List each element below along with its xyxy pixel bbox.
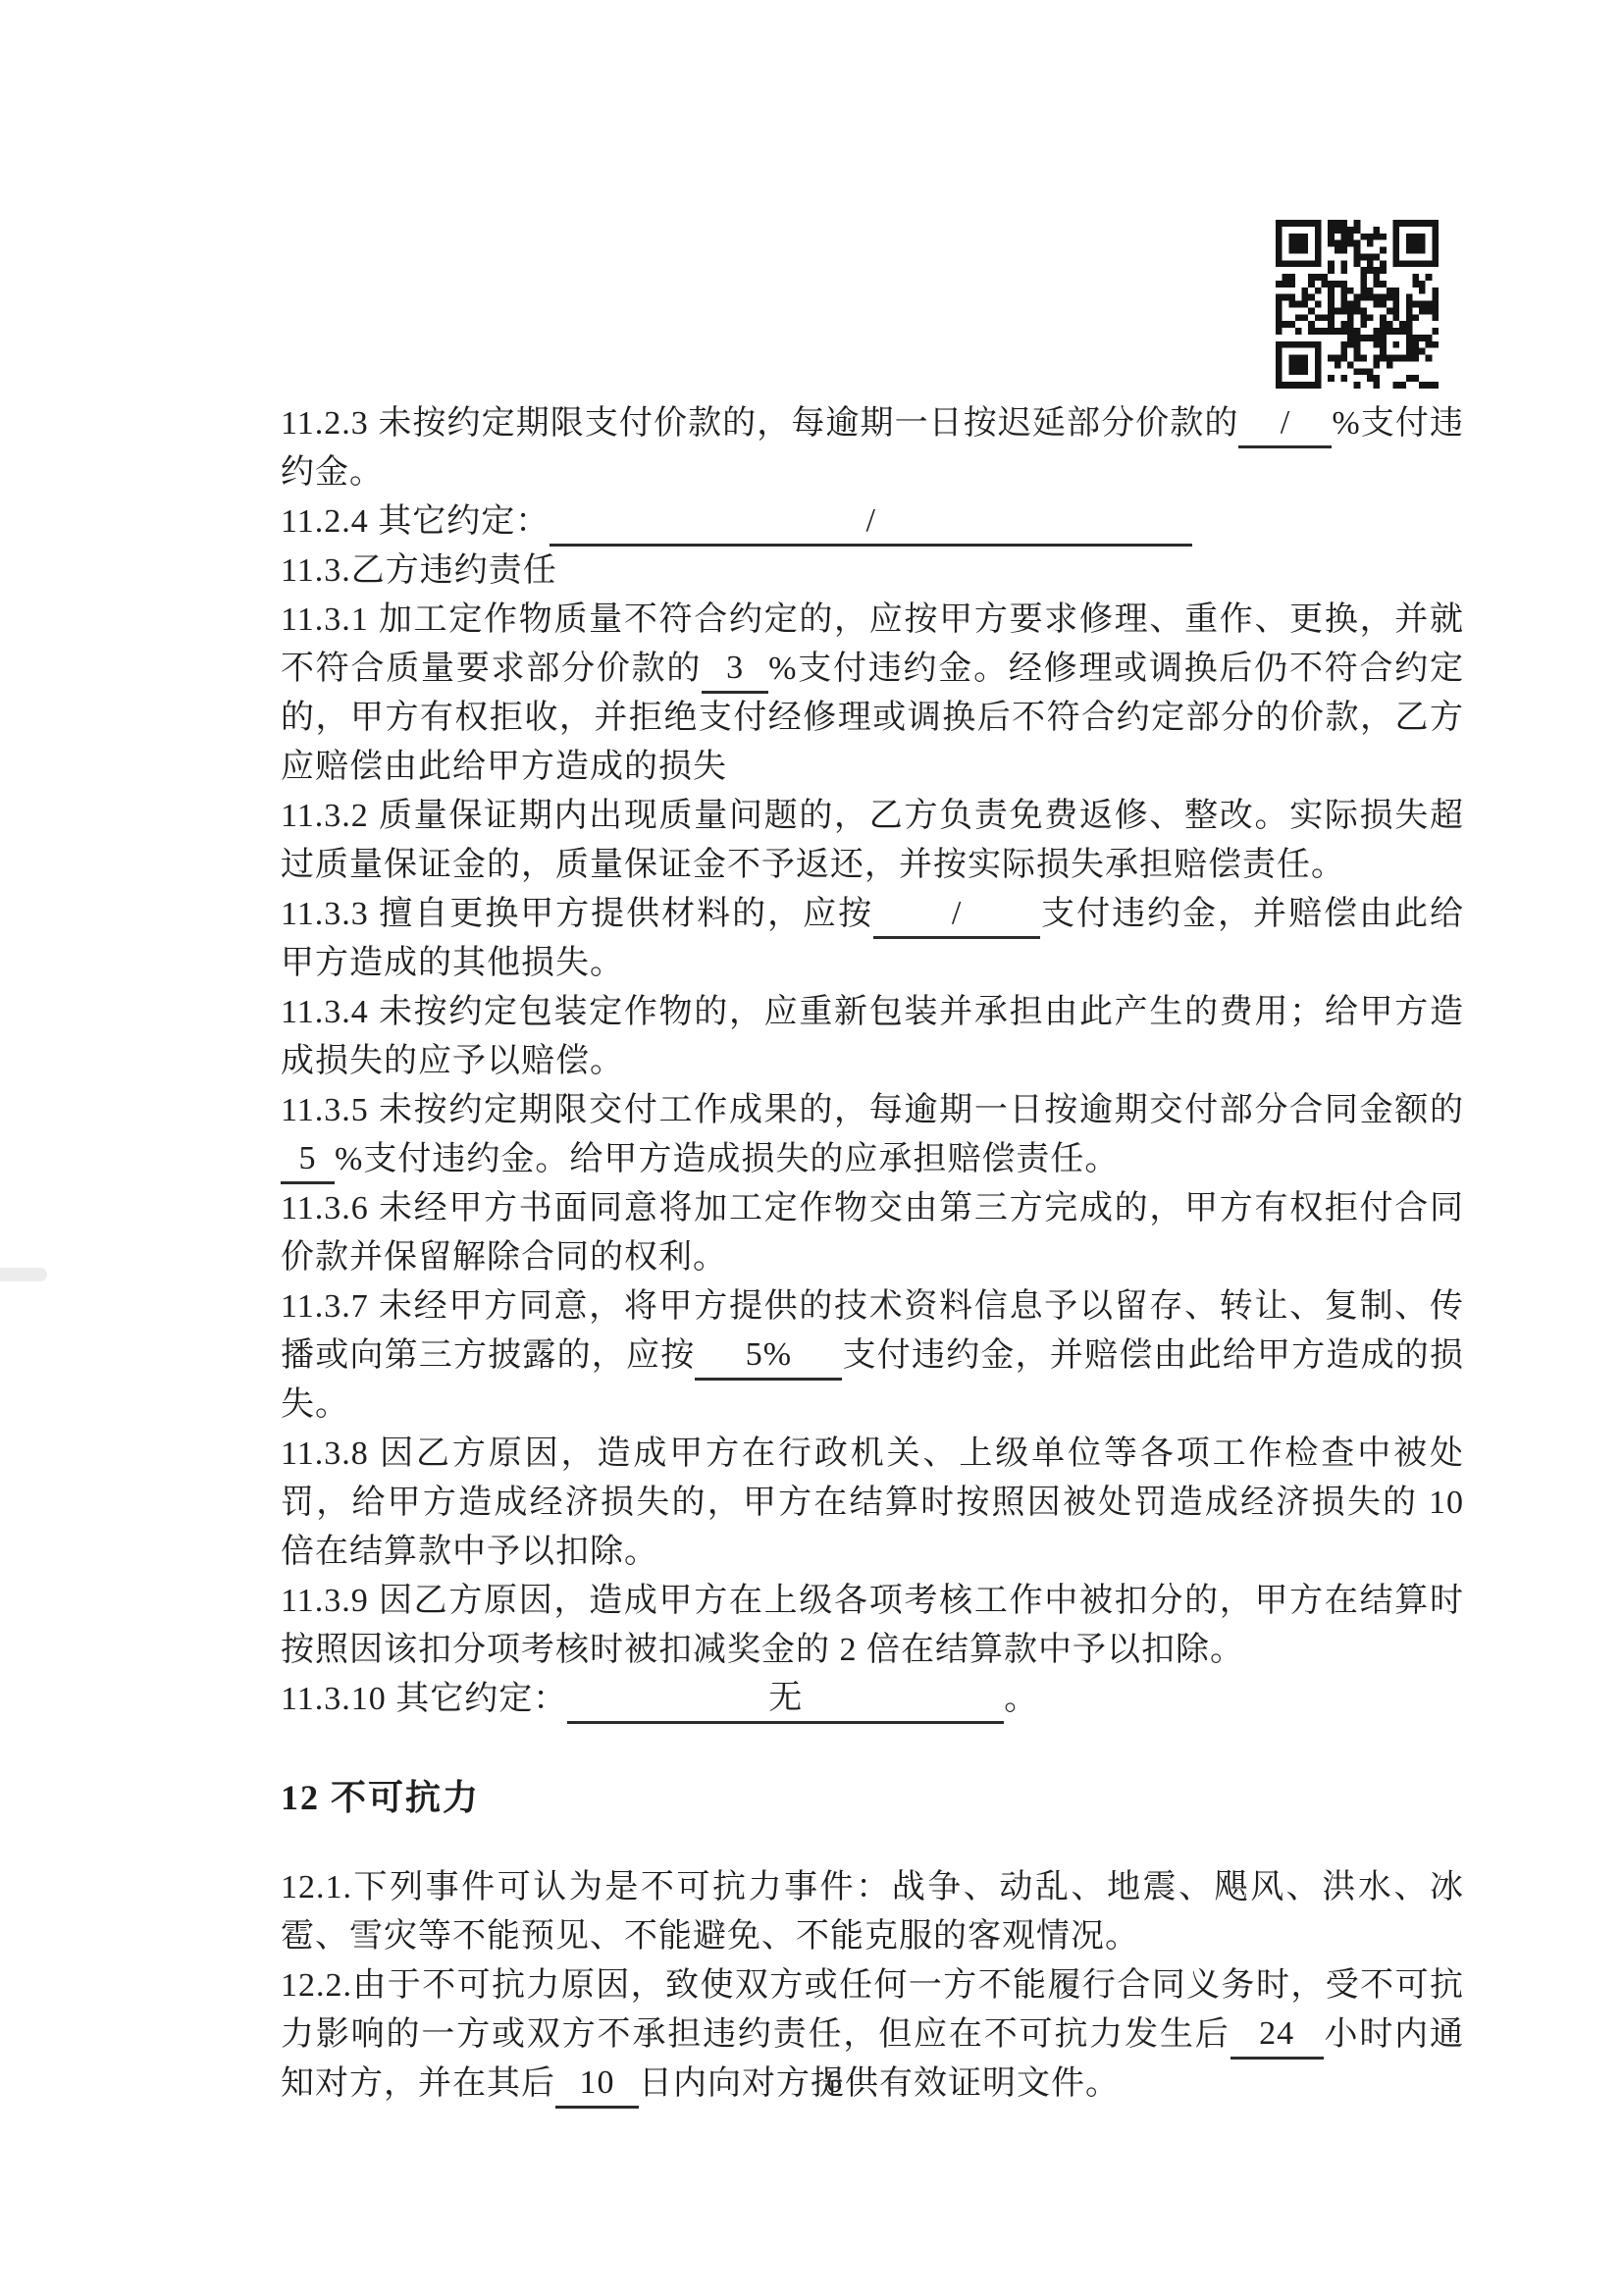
text-run: 12 不可抗力 xyxy=(281,1778,480,1817)
clause-11-3-2: 11.3.2 质量保证期内出现质量问题的，乙方负责免费返修、整改。实际损失超过质… xyxy=(281,792,1464,890)
clause-11-2-3: 11.2.3 未按约定期限支付价款的，每逾期一日按迟延部分价款的/%支付违约金。 xyxy=(281,399,1464,497)
fill-in-blank: / xyxy=(1238,400,1332,448)
text-run: 11.3.5 未按约定期限交付工作成果的，每逾期一日按逾期交付部分合同金额的 xyxy=(281,1092,1464,1128)
section-12-heading: 12 不可抗力 xyxy=(281,1773,1464,1822)
text-run: 11.3.2 质量保证期内出现质量问题的，乙方负责免费返修、整改。实际损失超过质… xyxy=(281,798,1464,883)
clause-11-3-1: 11.3.1 加工定作物质量不符合约定的，应按甲方要求修理、重作、更换，并就不符… xyxy=(281,596,1464,792)
text-run: 11.3.4 未按约定包装定作物的，应重新包装并承担由此产生的费用；给甲方造成损… xyxy=(281,994,1464,1079)
clause-11-3-9: 11.3.9 因乙方原因，造成甲方在上级各项考核工作中被扣分的，甲方在结算时按照… xyxy=(281,1577,1464,1675)
scan-smudge xyxy=(0,1268,47,1281)
clause-11-3-5: 11.3.5 未按约定期限交付工作成果的，每逾期一日按逾期交付部分合同金额的5%… xyxy=(281,1086,1464,1184)
fill-in-blank: / xyxy=(873,891,1040,939)
fill-in-blank: 5% xyxy=(695,1332,842,1381)
text-run: 11.2.4 其它约定： xyxy=(281,503,550,540)
fill-in-blank: 无 xyxy=(567,1676,1004,1724)
text-run: 。 xyxy=(1004,1681,1038,1717)
text-run: 11.3.乙方违约责任 xyxy=(281,552,557,589)
clause-11-2-4: 11.2.4 其它约定：/ xyxy=(281,497,1464,547)
text-run: 11.3.6 未经甲方书面同意将加工定作物交由第三方完成的，甲方有权拒付合同价款… xyxy=(281,1190,1464,1276)
clause-11-3: 11.3.乙方违约责任 xyxy=(281,547,1464,596)
contract-page: 11.2.3 未按约定期限支付价款的，每逾期一日按迟延部分价款的/%支付违约金。… xyxy=(0,0,1623,2296)
clause-11-3-10: 11.3.10 其它约定：无。 xyxy=(281,1675,1464,1724)
fill-in-blank: 3 xyxy=(702,646,768,694)
fill-in-blank: 24 xyxy=(1230,2011,1324,2060)
text-run: 11.2.3 未按约定期限支付价款的，每逾期一日按迟延部分价款的 xyxy=(281,405,1238,442)
clause-11-3-6: 11.3.6 未经甲方书面同意将加工定作物交由第三方完成的，甲方有权拒付合同价款… xyxy=(281,1184,1464,1282)
text-run: 11.3.10 其它约定： xyxy=(281,1681,567,1717)
text-run: 11.3.3 擅自更换甲方提供材料的，应按 xyxy=(281,896,873,932)
qr-code-pattern xyxy=(1276,220,1439,389)
clause-11-3-8: 11.3.8 因乙方原因，造成甲方在行政机关、上级单位等各项工作检查中被处罚，给… xyxy=(281,1430,1464,1577)
contract-body: 11.2.3 未按约定期限支付价款的，每逾期一日按迟延部分价款的/%支付违约金。… xyxy=(281,399,1464,2109)
text-run: %支付违约金。给甲方造成损失的应承担赔偿责任。 xyxy=(335,1141,1119,1177)
clause-11-3-4: 11.3.4 未按约定包装定作物的，应重新包装并承担由此产生的费用；给甲方造成损… xyxy=(281,988,1464,1086)
text-run: 12.1.下列事件可认为是不可抗力事件：战争、动乱、地震、飓风、洪水、冰雹、雪灾… xyxy=(281,1869,1464,1955)
text-run: 11.3.9 因乙方原因，造成甲方在上级各项考核工作中被扣分的，甲方在结算时按照… xyxy=(281,1583,1464,1668)
clause-11-3-7: 11.3.7 未经甲方同意，将甲方提供的技术资料信息予以留存、转让、复制、传播或… xyxy=(281,1282,1464,1430)
text-run: 11.3.8 因乙方原因，造成甲方在行政机关、上级单位等各项工作检查中被处罚，给… xyxy=(281,1435,1464,1570)
qr-code xyxy=(1276,220,1439,389)
fill-in-blank: 5 xyxy=(281,1136,335,1184)
fill-in-blank: 10 xyxy=(555,2061,639,2109)
page-number: 6 xyxy=(775,2063,893,2100)
clause-12-1: 12.1.下列事件可认为是不可抗力事件：战争、动乱、地震、飓风、洪水、冰雹、雪灾… xyxy=(281,1863,1464,1961)
fill-in-blank: / xyxy=(550,498,1192,547)
clause-11-3-3: 11.3.3 擅自更换甲方提供材料的，应按/支付违约金，并赔偿由此给甲方造成的其… xyxy=(281,890,1464,988)
